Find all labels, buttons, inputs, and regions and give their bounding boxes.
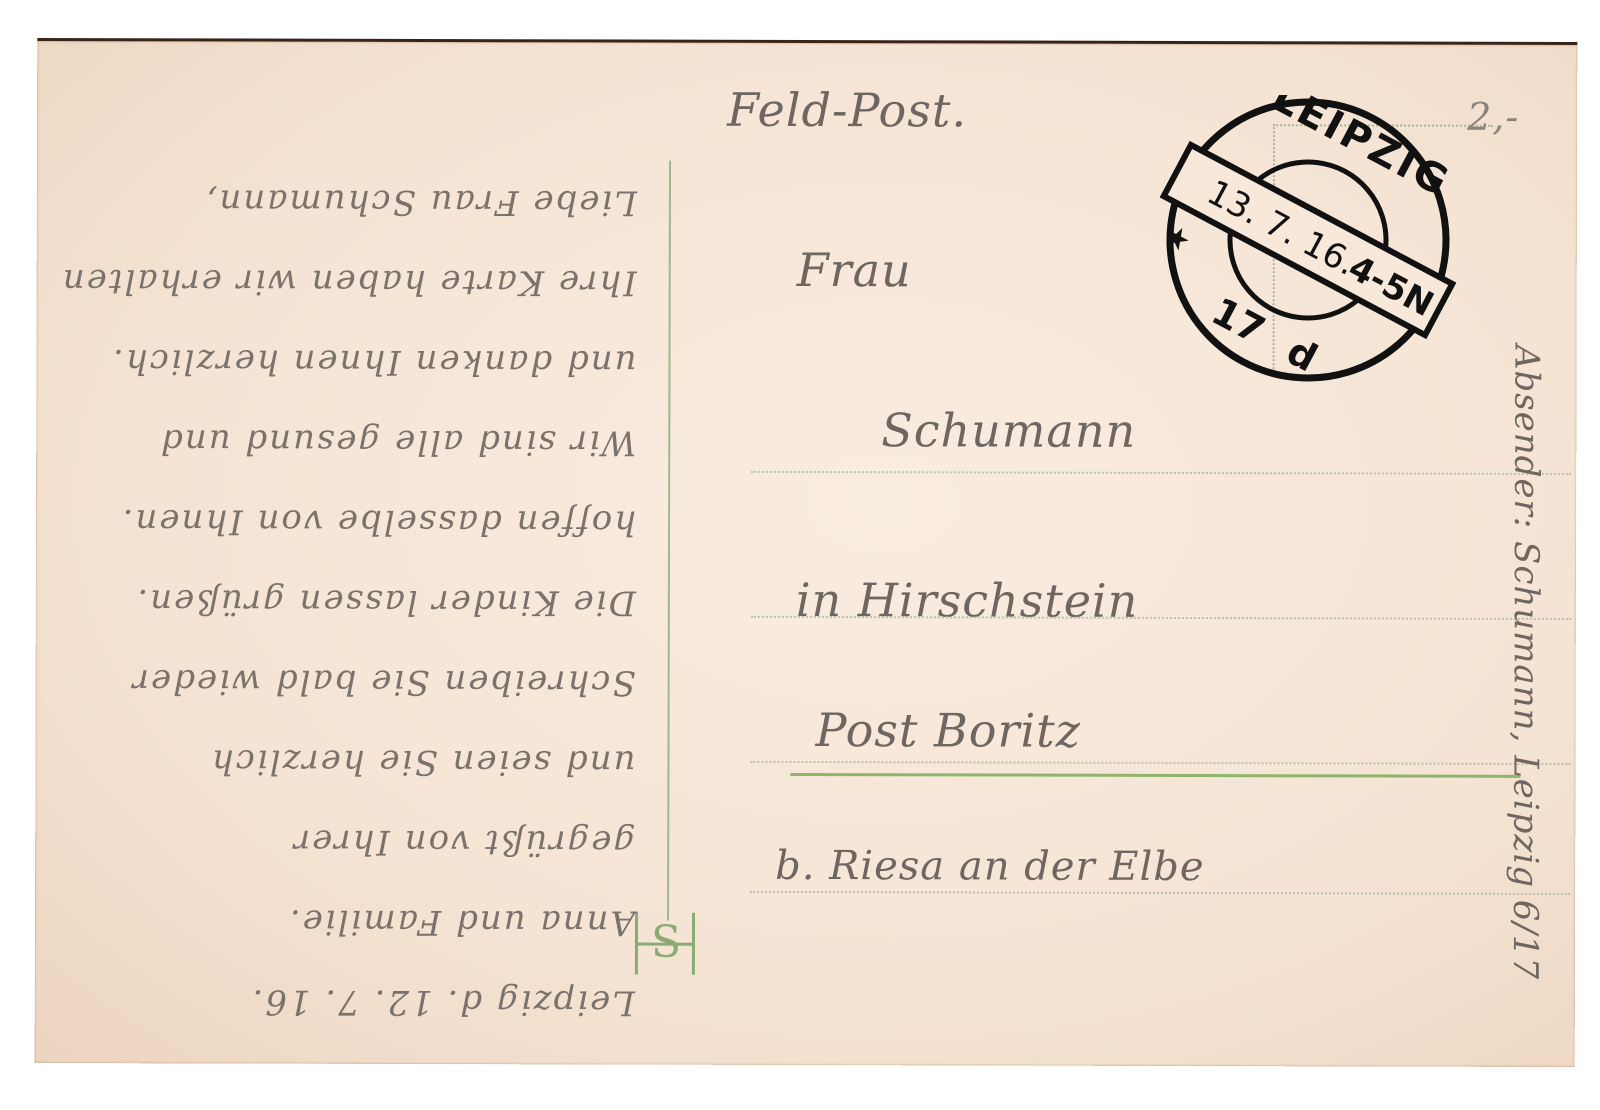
field-post-label: Feld-Post. [727, 83, 967, 138]
message-line: Wir sind alle gesund und [159, 421, 636, 462]
message-dateline: Leipzig d. 12. 7. 16. [250, 982, 634, 1023]
address-line-3 [750, 761, 1570, 765]
leipzig-postmark: LEIPZIG 13. 7. 16. 4-5N ★ 17 d [1158, 95, 1458, 385]
addressee-salutation: Frau [797, 243, 912, 297]
addressee-region: b. Riesa an der Elbe [775, 843, 1205, 890]
address-line-1 [751, 471, 1571, 475]
address-underline-green [790, 773, 1520, 778]
message-line: Die Kinder lassen grüßen. [135, 581, 636, 622]
message-line: Ihre Karte haben wir erhalten [61, 261, 637, 303]
message-line: Schreiben Sie bald wieder [131, 661, 636, 702]
message-upside-down: Leipzig d. 12. 7. 16. Anna und Familie. … [65, 81, 668, 1043]
side-note-vertical: Absender: Schumann, Leipzig 6/17 [1505, 345, 1547, 1045]
message-line: Liebe Frau Schumann, [205, 181, 637, 222]
message-line: hoffen dasselbe von Ihnen. [121, 501, 637, 542]
addressee-place: in Hirschstein [796, 573, 1139, 628]
message-line: gegrüßt von Ihrer [292, 822, 635, 863]
corner-price: 2,- [1467, 95, 1519, 139]
message-line: und seien Sie herzlich [210, 741, 636, 782]
postmark-star-icon: ★ [1158, 217, 1197, 261]
addressee-post-office: Post Boritz [815, 703, 1081, 758]
address-line-4 [750, 891, 1570, 895]
message-line: und danken Ihnen herzlich. [111, 341, 637, 382]
addressee-name: Schumann [881, 403, 1136, 458]
message-line: Anna und Familie. [288, 902, 635, 943]
postmark-letter: d [1280, 329, 1325, 381]
vertical-divider [667, 161, 671, 921]
